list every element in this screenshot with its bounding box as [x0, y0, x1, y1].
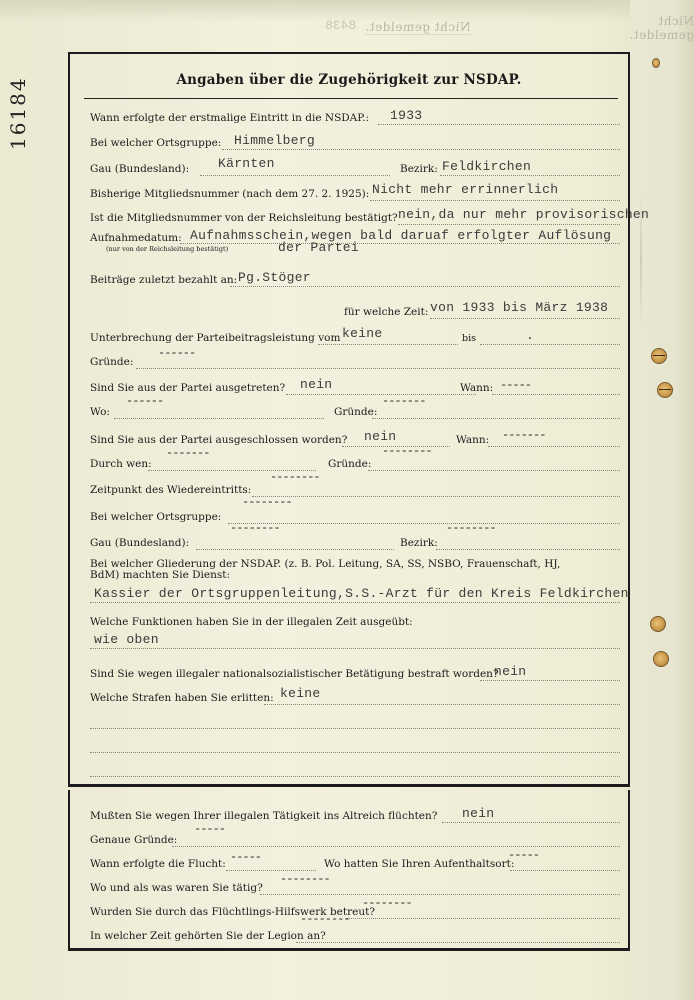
fill-line: [480, 680, 620, 681]
bezirk-label: Bezirk:: [400, 163, 438, 175]
row-gau: Gau (Bundesland): Kärnten Bezirk: Feldki…: [90, 157, 620, 177]
row-strafen-line-3: [90, 734, 620, 754]
fill-line: [252, 496, 620, 497]
durch-wen-value[interactable]: -------: [166, 446, 209, 460]
ortsgruppe-value[interactable]: Himmelberg: [234, 133, 315, 148]
fluechten-value[interactable]: nein: [462, 806, 494, 821]
row-ortsgruppe: Bei welcher Ortsgruppe: Himmelberg: [90, 131, 620, 151]
row-strafen-line-2: [90, 710, 620, 730]
fill-line: [90, 602, 620, 603]
genaue-gruende-label: Genaue Gründe:: [90, 834, 177, 846]
fill-line: [196, 549, 394, 550]
title-rule: [84, 98, 618, 99]
row-durch-wen: Durch wen: ------- Gründe: --------: [90, 452, 620, 472]
legion-label: In welcher Zeit gehörten Sie der Legion …: [90, 930, 326, 942]
gliederung-label-line2: BdM) machten Sie Dienst:: [90, 569, 230, 581]
ausgetreten-value[interactable]: nein: [300, 377, 332, 392]
row-taetig: Wo und als was waren Sie tätig? --------: [90, 876, 620, 896]
strafen-value[interactable]: keine: [280, 686, 321, 701]
aufnahmedatum-note: (nur von der Reichsleitung bestätigt): [106, 245, 228, 253]
bis-value[interactable]: .: [526, 328, 534, 343]
aufnahmedatum-label: Aufnahmedatum:: [90, 232, 182, 244]
row-ausgetreten: Sind Sie aus der Partei ausgetreten? nei…: [90, 376, 620, 396]
wann-value[interactable]: -----: [500, 378, 531, 392]
fill-line: [378, 124, 620, 125]
row-flucht: Wann erfolgte die Flucht: ----- Wo hatte…: [90, 852, 620, 872]
mitgliedsnummer-value[interactable]: Nicht mehr errinnerlich: [372, 182, 558, 197]
fill-line: [436, 549, 620, 550]
wann-label-2: Wann:: [456, 434, 489, 446]
fluechten-label: Mußten Sie wegen Ihrer illegalen Tätigke…: [90, 810, 437, 822]
bezirk-label-2: Bezirk:: [400, 537, 438, 549]
row-aufnahmedatum: Aufnahmedatum: (nur von der Reichsleitun…: [90, 226, 620, 256]
fill-line: [114, 418, 324, 419]
gau-value-2[interactable]: --------: [230, 521, 280, 535]
fill-line: [180, 243, 620, 244]
row-funktionen-value: wie oben: [90, 630, 620, 650]
row-legion: In welcher Zeit gehörten Sie der Legion …: [90, 924, 620, 944]
ortsgruppe-label: Bei welcher Ortsgruppe:: [90, 137, 221, 149]
mitgliedsnummer-label: Bisherige Mitgliedsnummer (nach dem 27. …: [90, 188, 369, 200]
fill-line: [492, 394, 620, 395]
bestraft-label: Sind Sie wegen illegaler nationalsoziali…: [90, 668, 499, 680]
bleed-through-text: Nicht gemeldet.: [365, 20, 470, 35]
bezirk-value-2[interactable]: --------: [446, 521, 496, 535]
gau-value[interactable]: Kärnten: [218, 156, 275, 171]
bleed-through-text-right: Nicht gemeldet.: [594, 14, 694, 42]
wo-value[interactable]: ------: [126, 394, 163, 408]
row-bestraft: Sind Sie wegen illegaler nationalsoziali…: [90, 662, 620, 682]
fill-line: [264, 704, 620, 705]
hilfswerk-value[interactable]: --------: [362, 896, 412, 910]
fill-line: [372, 418, 620, 419]
punch-hole: [651, 348, 667, 364]
first-entry-value[interactable]: 1933: [390, 108, 422, 123]
row-gau-2: Gau (Bundesland): -------- Bezirk: -----…: [90, 531, 620, 551]
flucht-label: Wann erfolgte die Flucht:: [90, 858, 226, 870]
ausgetreten-label: Sind Sie aus der Partei ausgetreten?: [90, 382, 285, 394]
bestraft-value[interactable]: nein: [494, 664, 526, 679]
punch-hole: [653, 651, 669, 667]
aufenthaltsort-label: Wo hatten Sie Ihren Aufenthaltsort:: [324, 858, 514, 870]
fill-line: [286, 394, 476, 395]
nsdap-membership-form: Angaben über die Zugehörigkeit zur NSDAP…: [68, 52, 630, 787]
wo-label: Wo:: [90, 406, 110, 418]
gruende-label-3: Gründe:: [328, 458, 371, 470]
taetig-value[interactable]: --------: [280, 872, 330, 886]
row-gruende1: Gründe: ------: [90, 350, 620, 370]
fill-line: [318, 344, 458, 345]
unterbrechung-value[interactable]: keine: [342, 326, 383, 341]
unterbrechung-label: Unterbrechung der Parteibeitragsleistung…: [90, 332, 340, 344]
wann-label: Wann:: [460, 382, 493, 394]
ortsgruppe-value-2[interactable]: --------: [242, 495, 292, 509]
zeit-value[interactable]: von 1933 bis März 1938: [430, 300, 608, 315]
aufenthaltsort-value[interactable]: -----: [508, 848, 539, 862]
bestaetigt-label: Ist die Mitgliedsnummer von der Reichsle…: [90, 212, 398, 224]
underlying-page-edge: [630, 0, 694, 1000]
fill-line: [488, 446, 620, 447]
fill-line: [510, 870, 620, 871]
punch-hole: [657, 382, 673, 398]
bleed-through-stamp-number: 8438: [325, 18, 356, 33]
side-archive-number: 16184: [6, 76, 30, 150]
durch-wen-label: Durch wen:: [90, 458, 152, 470]
wann-value-2[interactable]: -------: [502, 428, 545, 442]
fill-line: [230, 286, 620, 287]
strafen-label: Welche Strafen haben Sie erlitten:: [90, 692, 274, 704]
punch-hole-small: [652, 58, 660, 68]
aufnahmedatum-value-line2[interactable]: der Partei: [278, 240, 359, 255]
gruende-value[interactable]: ------: [158, 346, 195, 360]
funktionen-value[interactable]: wie oben: [94, 632, 159, 647]
fill-line: [200, 175, 390, 176]
fill-line: [480, 344, 620, 345]
row-fluechten: Mußten Sie wegen Ihrer illegalen Tätigke…: [90, 804, 620, 824]
row-first-entry: Wann erfolgte der erstmalige Eintritt in…: [90, 106, 620, 126]
first-entry-label: Wann erfolgte der erstmalige Eintritt in…: [90, 112, 369, 124]
fill-line: [442, 822, 620, 823]
ortsgruppe-label-2: Bei welcher Ortsgruppe:: [90, 511, 221, 523]
row-ausgeschlossen: Sind Sie aus der Partei ausgeschlossen w…: [90, 428, 620, 448]
legion-value[interactable]: --------: [300, 912, 350, 926]
row-wiedereintritt: Zeitpunkt des Wiedereintritts: --------: [90, 478, 620, 498]
wiedereintritt-value[interactable]: --------: [270, 470, 320, 484]
fill-line: [172, 846, 620, 847]
bezirk-value[interactable]: Feldkirchen: [442, 159, 531, 174]
beitraege-label: Beiträge zuletzt bezahlt an:: [90, 274, 237, 286]
fill-line: [296, 942, 620, 943]
fill-line: [90, 776, 620, 777]
flucht-value[interactable]: -----: [230, 850, 261, 864]
row-genaue-gruende: Genaue Gründe: -----: [90, 828, 620, 848]
gruende-label-2: Gründe:: [334, 406, 377, 418]
fill-line: [90, 752, 620, 753]
row-gliederung: Bei welcher Gliederung der NSDAP. (z. B.…: [90, 554, 620, 582]
row-unterbrechung: Unterbrechung der Parteibeitragsleistung…: [90, 326, 620, 346]
bestaetigt-value[interactable]: nein,da nur mehr provisorischen: [398, 207, 649, 222]
row-beitraege: Beiträge zuletzt bezahlt an: Pg.Stöger: [90, 268, 620, 288]
fill-line: [398, 224, 620, 225]
row-wo: Wo: ------ Gründe: -------: [90, 400, 620, 420]
taetig-label: Wo und als was waren Sie tätig?: [90, 882, 263, 894]
wiedereintritt-label: Zeitpunkt des Wiedereintritts:: [90, 484, 251, 496]
fill-line: [90, 728, 620, 729]
punch-hole: [650, 616, 666, 632]
fill-line: [370, 200, 620, 201]
fill-line: [228, 523, 620, 524]
row-mitgliedsnummer: Bisherige Mitgliedsnummer (nach dem 27. …: [90, 182, 620, 202]
row-strafen-line-4: [90, 758, 620, 778]
gau-label-2: Gau (Bundesland):: [90, 537, 189, 549]
row-strafen: Welche Strafen haben Sie erlitten: keine: [90, 686, 620, 706]
fill-line: [222, 149, 620, 150]
funktionen-label: Welche Funktionen haben Sie in der illeg…: [90, 616, 413, 628]
ausgeschlossen-value[interactable]: nein: [364, 429, 396, 444]
aufnahmedatum-value-line1[interactable]: Aufnahmsschein,wegen bald daruaf erfolgt…: [190, 228, 611, 243]
gruende-label: Gründe:: [90, 356, 133, 368]
row-zeit: für welche Zeit: von 1933 bis März 1938: [90, 300, 620, 320]
fill-line: [440, 175, 620, 176]
gruende-value-3[interactable]: --------: [382, 444, 432, 458]
fill-line: [430, 318, 620, 319]
row-funktionen: Welche Funktionen haben Sie in der illeg…: [90, 610, 620, 630]
bis-label: bis: [462, 333, 476, 344]
genaue-gruende-value[interactable]: -----: [194, 822, 225, 836]
zeit-label: für welche Zeit:: [344, 306, 428, 318]
fill-line: [346, 918, 620, 919]
ausgeschlossen-label: Sind Sie aus der Partei ausgeschlossen w…: [90, 434, 347, 446]
fill-line: [136, 368, 620, 369]
gau-label: Gau (Bundesland):: [90, 163, 189, 175]
fill-line: [226, 870, 316, 871]
form-title: Angaben über die Zugehörigkeit zur NSDAP…: [70, 72, 628, 88]
gliederung-value[interactable]: Kassier der Ortsgruppenleitung,S.S.-Arzt…: [94, 586, 629, 601]
fill-line: [90, 648, 620, 649]
row-hilfswerk: Wurden Sie durch das Flüchtlings-Hilfswe…: [90, 900, 620, 920]
row-ortsgruppe-2: Bei welcher Ortsgruppe: --------: [90, 505, 620, 525]
row-gliederung-value: Kassier der Ortsgruppenleitung,S.S.-Arzt…: [90, 584, 620, 604]
row-bestaetigt: Ist die Mitgliedsnummer von der Reichsle…: [90, 206, 620, 226]
flight-section-form: Mußten Sie wegen Ihrer illegalen Tätigke…: [68, 790, 630, 951]
gruende-value-2[interactable]: -------: [382, 394, 425, 408]
fill-line: [260, 894, 620, 895]
fill-line: [368, 470, 620, 471]
beitraege-value[interactable]: Pg.Stöger: [238, 270, 311, 285]
